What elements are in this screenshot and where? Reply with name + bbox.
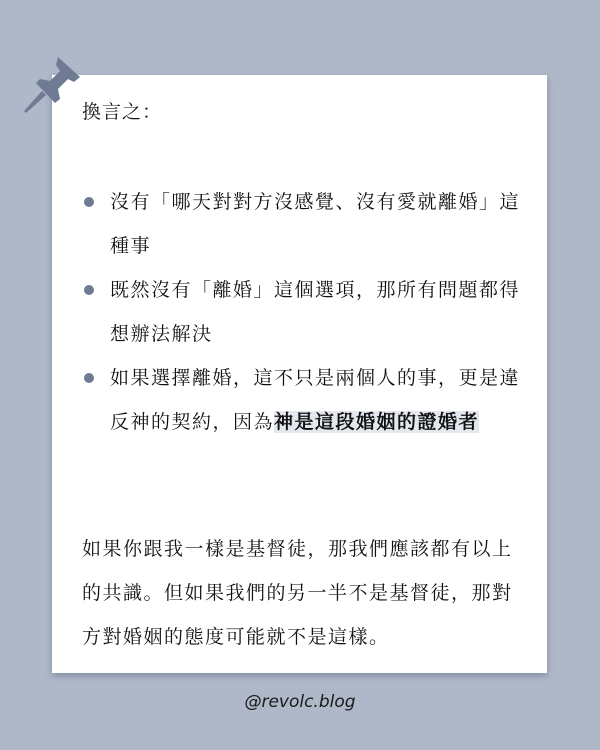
list-item-text: 沒有「哪天對對方沒感覺、沒有愛就離婚」這種事 <box>110 191 520 257</box>
list-item-text: 既然沒有「離婚」這個選項，那所有問題都得想辦法解決 <box>110 279 520 345</box>
bullet-dot-icon <box>84 197 94 207</box>
list-item: 沒有「哪天對對方沒感覺、沒有愛就離婚」這種事 <box>82 180 522 268</box>
list-item: 如果選擇離婚，這不只是兩個人的事，更是違反神的契約，因為神是這段婚姻的證婚者 <box>82 356 522 444</box>
bullet-dot-icon <box>84 373 94 383</box>
highlighted-text: 神是這段婚姻的證婚者 <box>274 411 479 433</box>
closing-paragraph: 如果你跟我一樣是基督徒，那我們應該都有以上的共識。但如果我們的另一半不是基督徒，… <box>82 527 527 659</box>
bullet-dot-icon <box>84 285 94 295</box>
pushpin-icon <box>22 55 84 115</box>
list-item: 既然沒有「離婚」這個選項，那所有問題都得想辦法解決 <box>82 268 522 356</box>
bullet-list: 沒有「哪天對對方沒感覺、沒有愛就離婚」這種事 既然沒有「離婚」這個選項，那所有問… <box>82 180 522 444</box>
note-card: 換言之： 沒有「哪天對對方沒感覺、沒有愛就離婚」這種事 既然沒有「離婚」這個選項… <box>52 75 547 673</box>
blog-handle: @revolc.blog <box>0 692 600 712</box>
card-heading: 換言之： <box>82 97 162 124</box>
